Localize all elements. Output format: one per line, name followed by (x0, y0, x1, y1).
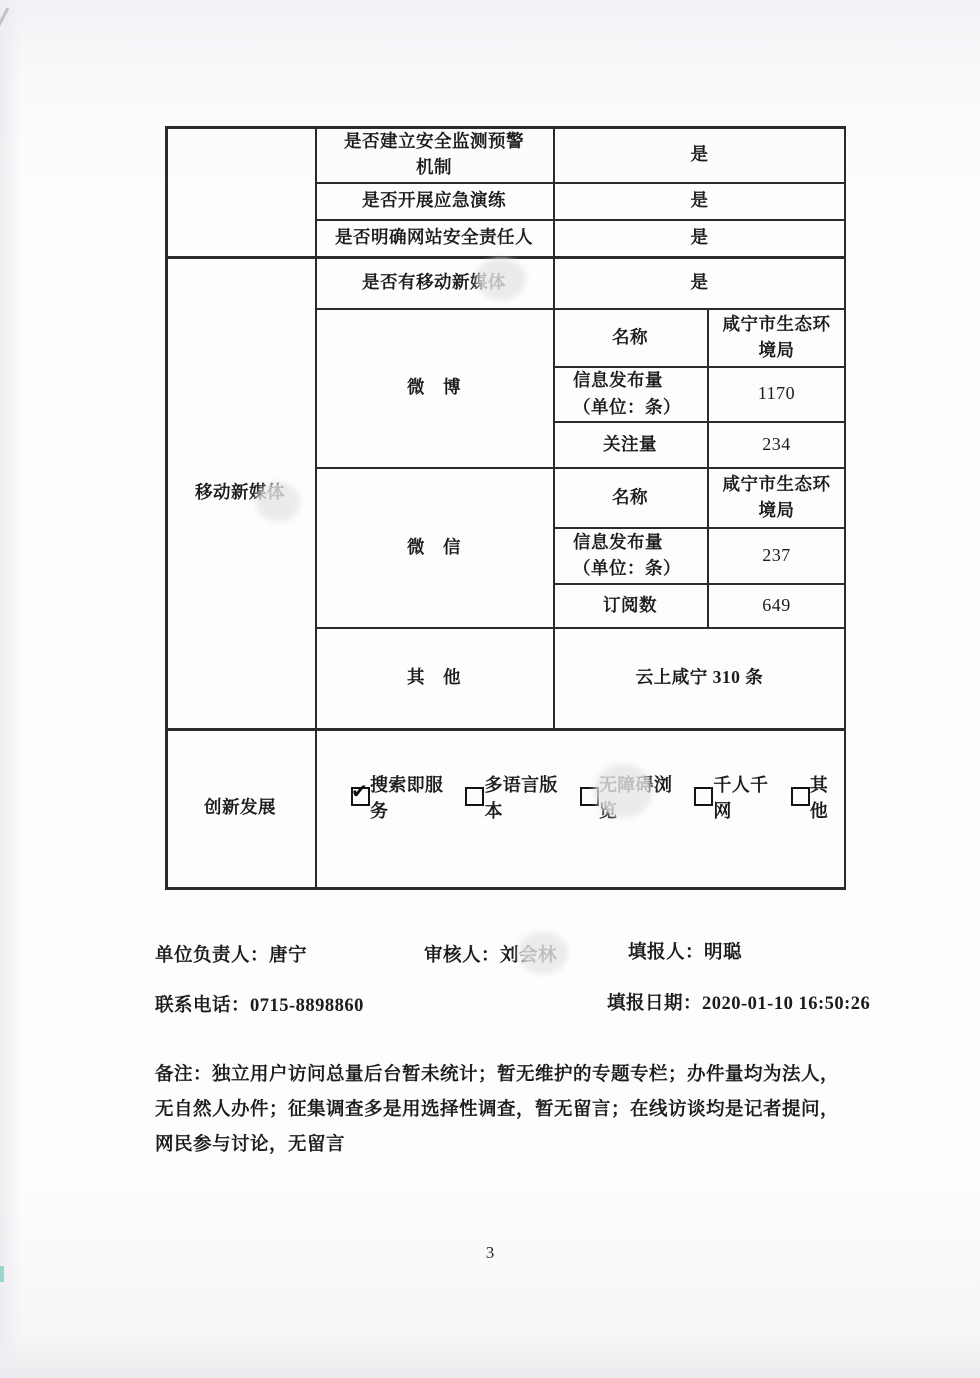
weibo-name-value: 咸宁市生态环境局 (707, 308, 846, 366)
report-date-value: 2020-01-10 16:50:26 (702, 994, 870, 1014)
scan-smudge (476, 258, 526, 300)
weibo-title: 微 博 (315, 308, 553, 467)
checkbox-unchecked-icon (791, 787, 810, 806)
weibo-followers-label: 关注量 (553, 421, 707, 467)
security-answer: 是 (553, 126, 846, 182)
other-media-title: 其 他 (315, 627, 553, 728)
security-answer: 是 (553, 182, 846, 219)
wechat-subscribers-label: 订阅数 (553, 583, 707, 627)
wechat-name-label: 名称 (553, 467, 707, 527)
security-question-label: 是否建立安全监测预警机制 (342, 128, 526, 181)
security-question: 是否建立安全监测预警机制 (315, 126, 553, 182)
checkbox-checked-icon: ✔ (351, 787, 370, 806)
scanned-report-page: 是否建立安全监测预警机制 是 是否开展应急演练 是 是否明确网站安全责任人 是 … (0, 0, 980, 1378)
phone-number: 0715-8898860 (250, 996, 364, 1016)
unit-head-label: 单位负责人： (155, 946, 269, 966)
scan-smudge (594, 764, 652, 818)
security-question: 是否开展应急演练 (315, 182, 553, 219)
wechat-name-value: 咸宁市生态环境局 (707, 467, 846, 527)
other-media-value: 云上咸宁 310 条 (553, 627, 846, 728)
weibo-posts-value: 1170 (707, 366, 846, 421)
security-answer: 是 (553, 219, 846, 256)
checkbox-unchecked-icon (694, 787, 713, 806)
scan-smudge (256, 482, 300, 522)
weibo-name-text: 咸宁市生态环境局 (721, 311, 833, 364)
filler-label: 填报人： (628, 943, 704, 963)
weibo-followers-value: 234 (707, 421, 846, 467)
weibo-posts-label: 信息发布量 （单位：条） (553, 366, 727, 421)
page-number: 3 (0, 1243, 980, 1263)
innovation-option-label: 搜索即服务 (370, 771, 460, 823)
wechat-title: 微 信 (315, 467, 553, 627)
reviewer-label: 审核人： (424, 946, 500, 966)
innovation-section-label: 创新发展 (165, 728, 315, 887)
filler-name: 明聪 (704, 943, 742, 963)
wechat-subscribers-value: 649 (707, 583, 846, 627)
phone-label: 联系电话： (155, 996, 250, 1016)
phone-field: 联系电话：0715-8898860 (155, 991, 364, 1017)
report-date-field: 填报日期：2020-01-10 16:50:26 (607, 989, 870, 1015)
scan-smudge (518, 932, 568, 974)
innovation-option-label: 千人千网 (713, 771, 785, 823)
wechat-posts-label: 信息发布量 （单位：条） (553, 527, 727, 583)
wechat-name-text: 咸宁市生态环境局 (721, 471, 833, 524)
innovation-option-label: 多语言版本 (484, 771, 574, 823)
wechat-posts-value: 237 (707, 527, 846, 583)
unit-head-name: 唐宁 (269, 946, 307, 966)
security-question: 是否明确网站安全责任人 (315, 219, 553, 256)
checkmark-icon: ✔ (351, 781, 368, 801)
has-mobile-media-answer: 是 (553, 256, 846, 308)
filler-field: 填报人：明聪 (628, 938, 742, 964)
scan-edge-artifact (0, 1266, 4, 1282)
table-border-bottom (165, 887, 846, 890)
weibo-name-label: 名称 (553, 308, 707, 366)
scan-corner-artifact (0, 7, 9, 40)
remark-note: 备注：独立用户访问总量后台暂未统计；暂无维护的专题专栏；办件量均为法人， 无自然… (155, 1058, 885, 1163)
report-date-label: 填报日期： (607, 994, 702, 1014)
checkbox-unchecked-icon (465, 787, 484, 806)
innovation-option-label: 其他 (810, 771, 846, 823)
unit-head-field: 单位负责人：唐宁 (155, 941, 307, 967)
